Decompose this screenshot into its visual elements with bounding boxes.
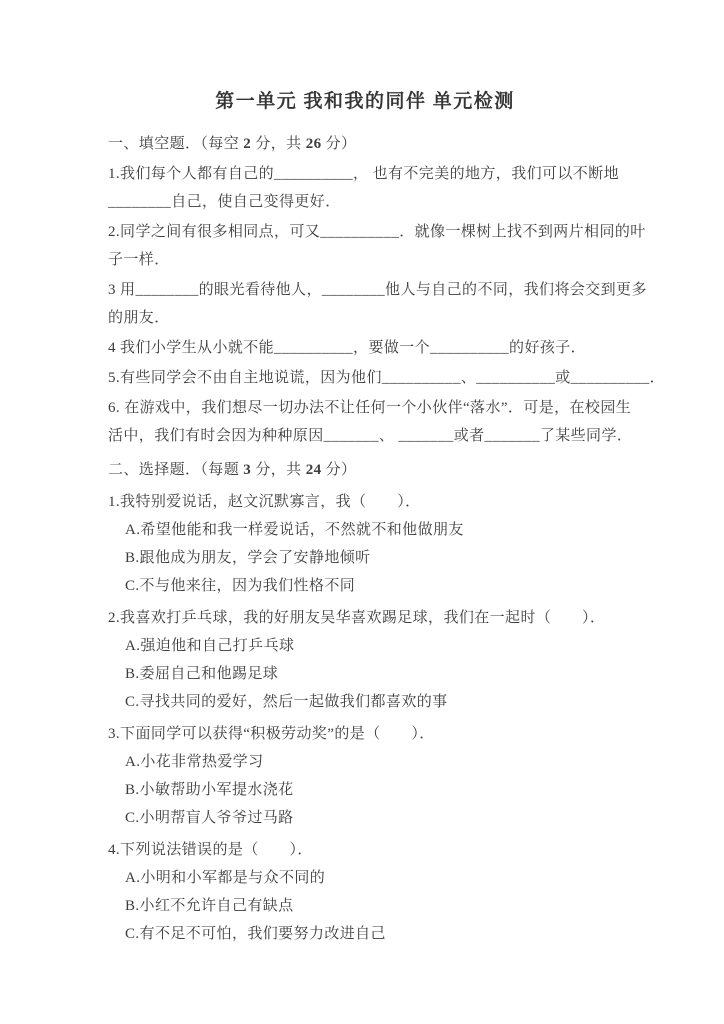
s1-question-1: 1.我们每个人都有自己的__________， 也有不完美的地方，我们可以不断地… xyxy=(108,160,622,216)
s2-question-2: 2.我喜欢打乒乓球，我的好朋友吴华喜欢踢足球，我们在一起时（ ）． A.强迫他和… xyxy=(108,604,622,716)
section-2-score-per-item: 3 xyxy=(243,462,251,478)
s2-question-1-option-a: A.希望他能和我一样爱说话，不然就不和他做朋友 xyxy=(108,516,622,544)
s2-question-4-stem: 4.下列说法错误的是（ ）． xyxy=(108,836,622,864)
s2-question-1-option-b: B.跟他成为朋友，学会了安静地倾听 xyxy=(108,544,622,572)
s1-question-4-line-1: 4 我们小学生从小就不能__________，要做一个__________的好孩… xyxy=(108,334,622,362)
s1-question-5: 5.有些同学会不由自主地说谎，因为他们__________、__________… xyxy=(108,364,622,392)
section-2-header-text-3: 分） xyxy=(322,462,357,478)
section-multiple-choice: 二、选择题．（每题 3 分，共 24 分） 1.我特别爱说话，赵文沉默寡言，我（… xyxy=(108,456,622,948)
s2-question-2-stem: 2.我喜欢打乒乓球，我的好朋友吴华喜欢踢足球，我们在一起时（ ）． xyxy=(108,604,622,632)
section-1-header-text-2: 分，共 xyxy=(251,136,306,152)
s1-question-3: 3 用________的眼光看待他人，________他人与自己的不同，我们将会… xyxy=(108,276,622,332)
scanned-test-page: { "doc": { "title": "第一单元 我和我的同伴 单元检测", … xyxy=(0,0,724,1024)
s1-question-5-line-1: 5.有些同学会不由自主地说谎，因为他们__________、__________… xyxy=(108,364,622,392)
section-1-header-text-1: 一、填空题．（每空 xyxy=(108,136,243,152)
s1-question-2: 2.同学之间有很多相同点，可又__________．就像一棵树上找不到两片相同的… xyxy=(108,218,622,274)
s1-question-6-line-1: 6. 在游戏中，我们想尽一切办法不让任何一个小伙伴“落水”．可是，在校园生 xyxy=(108,394,622,422)
s2-question-4-option-a: A.小明和小军都是与众不同的 xyxy=(108,864,622,892)
section-fill-in-blanks: 一、填空题．（每空 2 分，共 26 分） 1.我们每个人都有自己的______… xyxy=(108,130,622,450)
s1-question-1-line-2: ________自己，使自己变得更好． xyxy=(108,188,622,216)
section-1-score-total: 26 xyxy=(306,136,322,152)
worksheet-content: 第一单元 我和我的同伴 单元检测 一、填空题．（每空 2 分，共 26 分） 1… xyxy=(108,88,622,948)
s2-question-1-stem: 1.我特别爱说话，赵文沉默寡言，我（ ）． xyxy=(108,488,622,516)
s1-question-6-line-2: 活中，我们有时会因为种种原因_______、 _______或者_______了… xyxy=(108,422,622,450)
section-2-header-text-1: 二、选择题．（每题 xyxy=(108,462,243,478)
page-title: 第一单元 我和我的同伴 单元检测 xyxy=(108,88,622,116)
s1-question-1-line-1: 1.我们每个人都有自己的__________， 也有不完美的地方，我们可以不断地 xyxy=(108,160,622,188)
s2-question-3-option-a: A.小花非常热爱学习 xyxy=(108,748,622,776)
section-2-score-total: 24 xyxy=(306,462,322,478)
s2-question-4-option-b: B.小红不允许自己有缺点 xyxy=(108,892,622,920)
section-1-score-per-blank: 2 xyxy=(243,136,251,152)
s2-question-1-option-c: C.不与他来往，因为我们性格不同 xyxy=(108,572,622,600)
s2-question-3-stem: 3.下面同学可以获得“积极劳动奖”的是（ ）． xyxy=(108,720,622,748)
s2-question-2-option-a: A.强迫他和自己打乒乓球 xyxy=(108,632,622,660)
s2-question-2-option-b: B.委屈自己和他踢足球 xyxy=(108,660,622,688)
s2-question-4: 4.下列说法错误的是（ ）． A.小明和小军都是与众不同的 B.小红不允许自己有… xyxy=(108,836,622,948)
s1-question-2-line-1: 2.同学之间有很多相同点，可又__________．就像一棵树上找不到两片相同的… xyxy=(108,218,622,246)
section-1-header: 一、填空题．（每空 2 分，共 26 分） xyxy=(108,130,622,158)
s2-question-3-option-c: C.小明帮盲人爷爷过马路 xyxy=(108,804,622,832)
s2-question-3-option-b: B.小敏帮助小军提水浇花 xyxy=(108,776,622,804)
s2-question-3: 3.下面同学可以获得“积极劳动奖”的是（ ）． A.小花非常热爱学习 B.小敏帮… xyxy=(108,720,622,832)
s1-question-3-line-2: 的朋友． xyxy=(108,304,622,332)
s1-question-2-line-2: 子一样． xyxy=(108,246,622,274)
section-2-header-text-2: 分，共 xyxy=(251,462,306,478)
s2-question-2-option-c: C.寻找共同的爱好，然后一起做我们都喜欢的事 xyxy=(108,688,622,716)
s1-question-3-line-1: 3 用________的眼光看待他人，________他人与自己的不同，我们将会… xyxy=(108,276,622,304)
section-2-header: 二、选择题．（每题 3 分，共 24 分） xyxy=(108,456,622,484)
s2-question-4-option-c: C.有不足不可怕，我们要努力改进自己 xyxy=(108,920,622,948)
s1-question-4: 4 我们小学生从小就不能__________，要做一个__________的好孩… xyxy=(108,334,622,362)
section-1-header-text-3: 分） xyxy=(322,136,357,152)
s1-question-6: 6. 在游戏中，我们想尽一切办法不让任何一个小伙伴“落水”．可是，在校园生 活中… xyxy=(108,394,622,450)
s2-question-1: 1.我特别爱说话，赵文沉默寡言，我（ ）． A.希望他能和我一样爱说话，不然就不… xyxy=(108,488,622,600)
